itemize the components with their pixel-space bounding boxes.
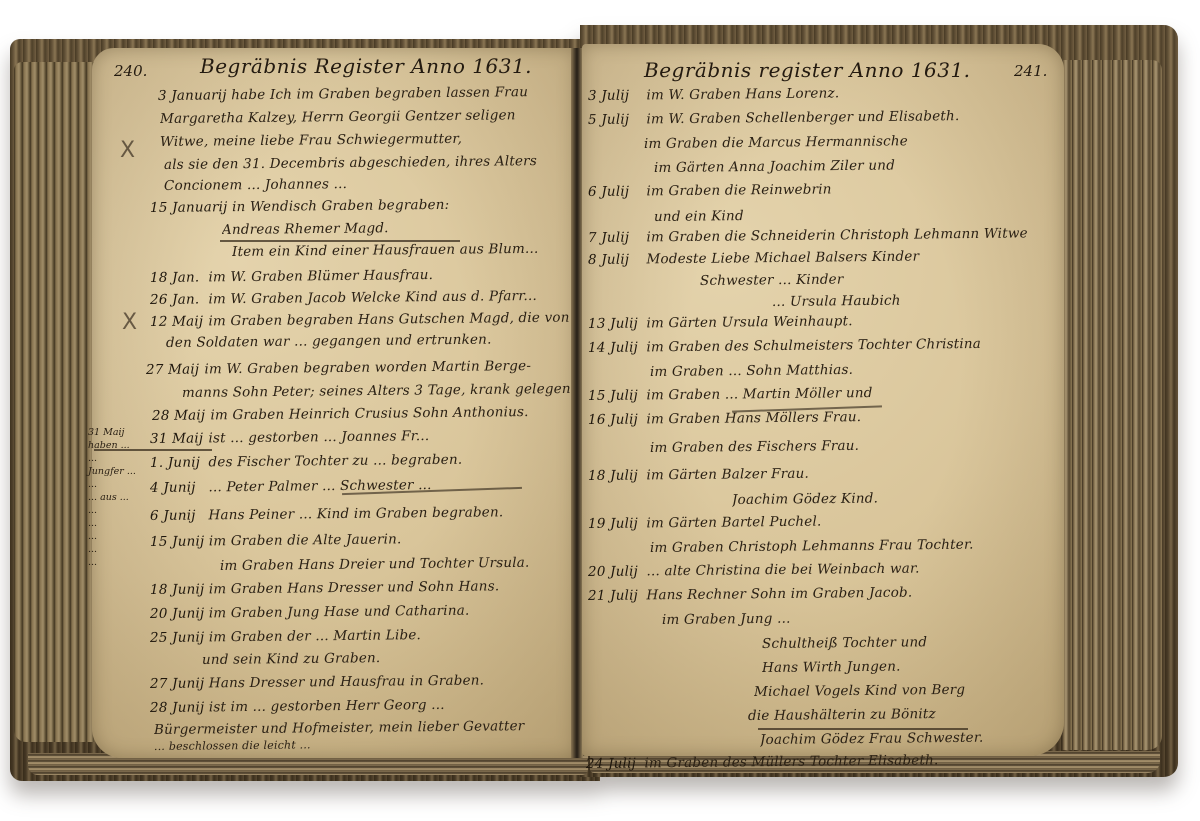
entry-line: 27 Maij im W. Graben begraben worden Mar… [146,358,570,378]
register-entries: 3 Julij im W. Graben Hans Lorenz. 5 Juli… [582,44,1064,756]
entry-line: Michael Vogels Kind von Berg [754,681,1048,700]
entry-line: 15 Julij im Graben ... Martin Möller und [588,383,1048,404]
entry-line: Andreas Rhemer Magd. [222,218,562,238]
entry-line: im Graben Jung ... [662,608,1048,628]
entry-line: Concionem ... Johannes ... [164,174,570,194]
entry-line: 5 Julij im W. Graben Schellenberger und … [588,107,1048,128]
entry-line: 21 Julij Hans Rechner Sohn im Graben Jac… [588,583,1048,604]
entry-line: Schwester ... Kinder [700,269,1048,289]
entry-line: 28 Maij im Graben Heinrich Crusius Sohn … [152,404,570,424]
entry-line: 18 Julij im Gärten Balzer Frau. [588,463,1048,484]
entry-line: 7 Julij im Graben die Schneiderin Christ… [588,225,1048,246]
entry-line: im Graben Hans Dreier und Tochter Ursula… [220,554,570,574]
entry-line: Schultheiß Tochter und [762,633,1048,652]
entry-line: 26 Jan. im W. Graben Jacob Welcke Kind a… [150,288,570,308]
entry-line: ... beschlossen die leicht ... [154,736,570,753]
entry-line: Joachim Gödez Frau Schwester. [760,729,1048,748]
left-page: 240. Begräbnis Register Anno 1631. 3 Jan… [92,48,576,758]
entry-line: 14 Julij im Graben des Schulmeisters Toc… [588,335,1048,356]
entry-line: und ein Kind [654,205,1048,225]
entry-line: Joachim Gödez Kind. [732,489,1048,508]
entry-line: 13 Julij im Gärten Ursula Weinhaupt. [588,311,1048,332]
entry-line: im Graben Christoph Lehmanns Frau Tochte… [650,536,1048,556]
right-page: Begräbnis register Anno 1631. 241. 3 Jul… [582,44,1064,756]
entry-line: 15 Januarij in Wendisch Graben begraben: [150,196,570,216]
entry-line: 6 Junij Hans Peiner ... Kind im Graben b… [150,504,570,524]
register-entries: 3 Januarij habe Ich im Graben begraben l… [92,48,576,758]
entry-line: 15 Junij im Graben die Alte Jauerin. [150,530,570,550]
entry-line: im Graben die Marcus Hermannische [644,132,1048,152]
entry-line: 16 Julij im Graben Hans Möllers Frau. [588,407,1048,428]
margin-note: 31 Maij haben ... ... Jungfer ... ... ..… [88,426,136,569]
entry-line: 3 Januarij habe Ich im Graben begraben l… [158,84,568,104]
entry-line: 20 Junij im Graben Jung Hase und Cathari… [150,602,570,622]
entry-line: 3 Julij im W. Graben Hans Lorenz. [588,83,1048,104]
entry-line: 20 Julij ... alte Christina die bei Wein… [588,559,1048,580]
entry-line: 27 Junij Hans Dresser und Hausfrau in Gr… [150,672,570,692]
book-photograph: 240. Begräbnis Register Anno 1631. 3 Jan… [0,0,1200,821]
entry-line: im Graben ... Sohn Matthias. [650,360,1048,380]
page-stack-right [1062,60,1162,750]
entry-line: Margaretha Kalzey, Herrn Georgii Gentzer… [160,107,570,127]
entry-line: Hans Wirth Jungen. [762,657,1048,676]
cross-mark: X [122,310,137,335]
entry-line: Bürgermeister und Hofmeister, mein liebe… [154,718,570,738]
entry-line: im Gärten Anna Joachim Ziler und [654,156,1048,176]
entry-line: die Haushälterin zu Bönitz [748,705,1048,724]
entry-line: Item ein Kind einer Hausfrauen aus Blum.… [232,240,570,260]
entry-line: 6 Julij im Graben die Reinwebrin [588,179,1048,200]
page-stack-left [14,62,94,742]
entry-line: 18 Junij im Graben Hans Dresser und Sohn… [150,578,570,598]
entry-line: 12 Maij im Graben begraben Hans Gutschen… [150,310,570,330]
entry-line: 25 Junij im Graben der ... Martin Libe. [150,626,570,646]
entry-line: 28 Junij ist im ... gestorben Herr Georg… [150,696,570,716]
entry-line: 18 Jan. im W. Graben Blümer Hausfrau. [150,266,570,286]
entry-line: 31 Maij ist ... gestorben ... Joannes Fr… [150,427,570,447]
entry-line: 1. Junij des Fischer Tochter zu ... begr… [150,451,570,471]
entry-line: 8 Julij Modeste Liebe Michael Balsers Ki… [588,247,1048,268]
entry-line: im Graben des Fischers Frau. [650,436,1048,456]
cross-mark: X [120,138,135,163]
entry-line: den Soldaten war ... gegangen und ertrun… [166,331,570,351]
entry-line: Witwe, meine liebe Frau Schwiegermutter, [160,130,570,150]
entry-line: ... Ursula Haubich [772,291,1048,310]
entry-line: manns Sohn Peter; seines Alters 3 Tage, … [182,381,570,401]
entry-line: 19 Julij im Gärten Bartel Puchel. [588,511,1048,532]
entry-line: als sie den 31. Decembris abgeschieden, … [164,153,570,173]
entry-line: und sein Kind zu Graben. [202,648,570,668]
